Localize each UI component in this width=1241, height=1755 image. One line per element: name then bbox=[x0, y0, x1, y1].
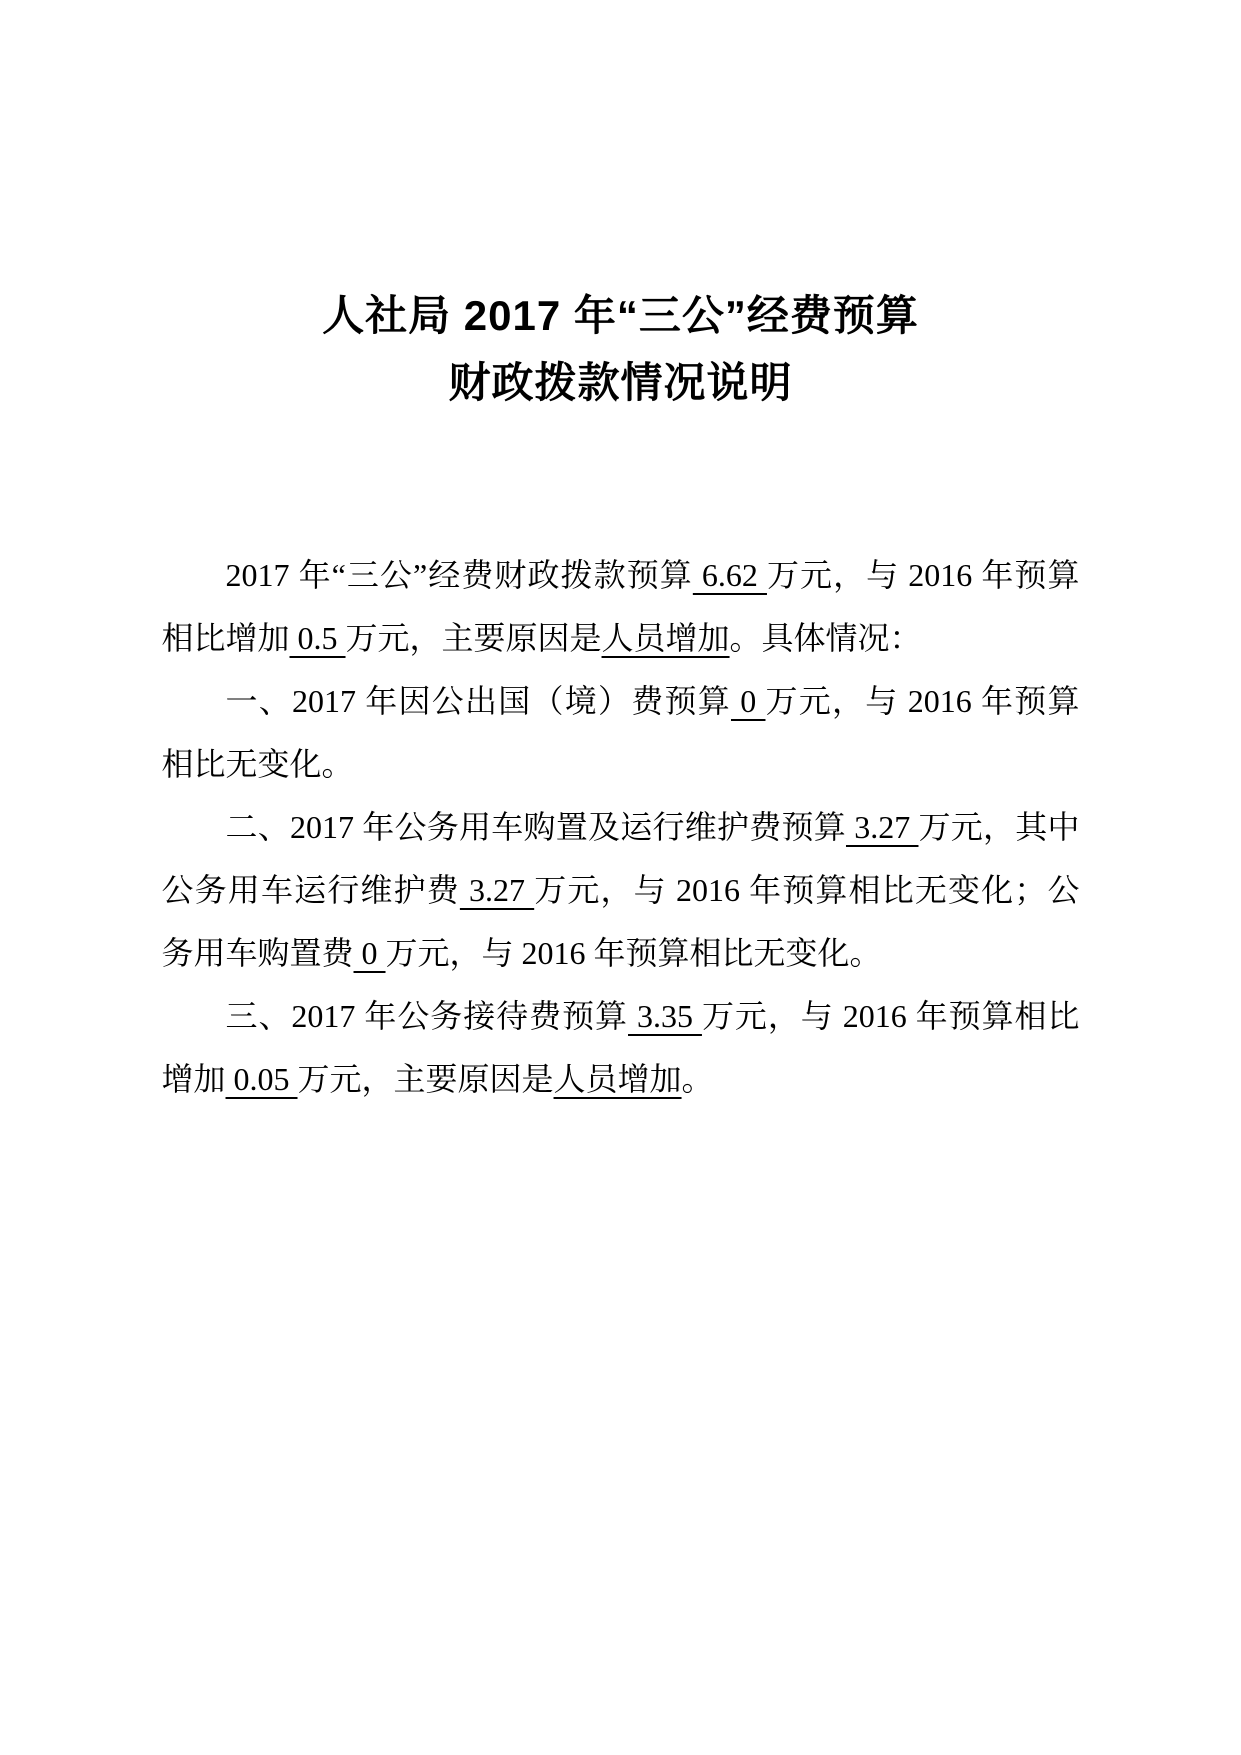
text-run: 万元，主要原因是 bbox=[298, 1061, 554, 1097]
underlined-value: 3.27 bbox=[846, 809, 919, 845]
underlined-value: 0 bbox=[731, 683, 766, 719]
text-run: 一、2017 年因公出国（境）费预算 bbox=[226, 683, 731, 719]
underlined-value: 人员增加 bbox=[602, 620, 730, 656]
underlined-value: 0 bbox=[354, 935, 386, 971]
underlined-value: 0.05 bbox=[226, 1061, 298, 1097]
document-body: 2017 年“三公”经费财政拨款预算 6.62 万元，与 2016 年预算相比增… bbox=[162, 544, 1080, 1111]
underlined-value: 3.35 bbox=[628, 998, 702, 1034]
text-run: 。 bbox=[682, 1061, 714, 1097]
paragraph-item-2: 二、2017 年公务用车购置及运行维护费预算 3.27 万元，其中公务用车运行维… bbox=[162, 796, 1080, 985]
document-title: 人社局 2017 年“三公”经费预算 财政拨款情况说明 bbox=[0, 0, 1241, 416]
text-run: 2017 年“三公”经费财政拨款预算 bbox=[226, 557, 693, 593]
paragraph-item-3: 三、2017 年公务接待费预算 3.35 万元，与 2016 年预算相比增加 0… bbox=[162, 985, 1080, 1111]
underlined-value: 0.5 bbox=[290, 620, 346, 656]
text-run: 万元，主要原因是 bbox=[346, 620, 602, 656]
title-line-2: 财政拨款情况说明 bbox=[0, 349, 1241, 416]
underlined-value: 人员增加 bbox=[554, 1061, 682, 1097]
underlined-value: 3.27 bbox=[460, 872, 534, 908]
underlined-value: 6.62 bbox=[693, 557, 767, 593]
title-line-1: 人社局 2017 年“三公”经费预算 bbox=[0, 282, 1241, 349]
text-run: 二、2017 年公务用车购置及运行维护费预算 bbox=[226, 809, 846, 845]
text-run: 。具体情况： bbox=[730, 620, 922, 656]
text-run: 万元，与 2016 年预算相比无变化。 bbox=[386, 935, 882, 971]
document-page: 人社局 2017 年“三公”经费预算 财政拨款情况说明 2017 年“三公”经费… bbox=[0, 0, 1241, 1755]
paragraph-item-1: 一、2017 年因公出国（境）费预算 0 万元，与 2016 年预算相比无变化。 bbox=[162, 670, 1080, 796]
text-run: 三、2017 年公务接待费预算 bbox=[226, 998, 629, 1034]
paragraph-intro: 2017 年“三公”经费财政拨款预算 6.62 万元，与 2016 年预算相比增… bbox=[162, 544, 1080, 670]
